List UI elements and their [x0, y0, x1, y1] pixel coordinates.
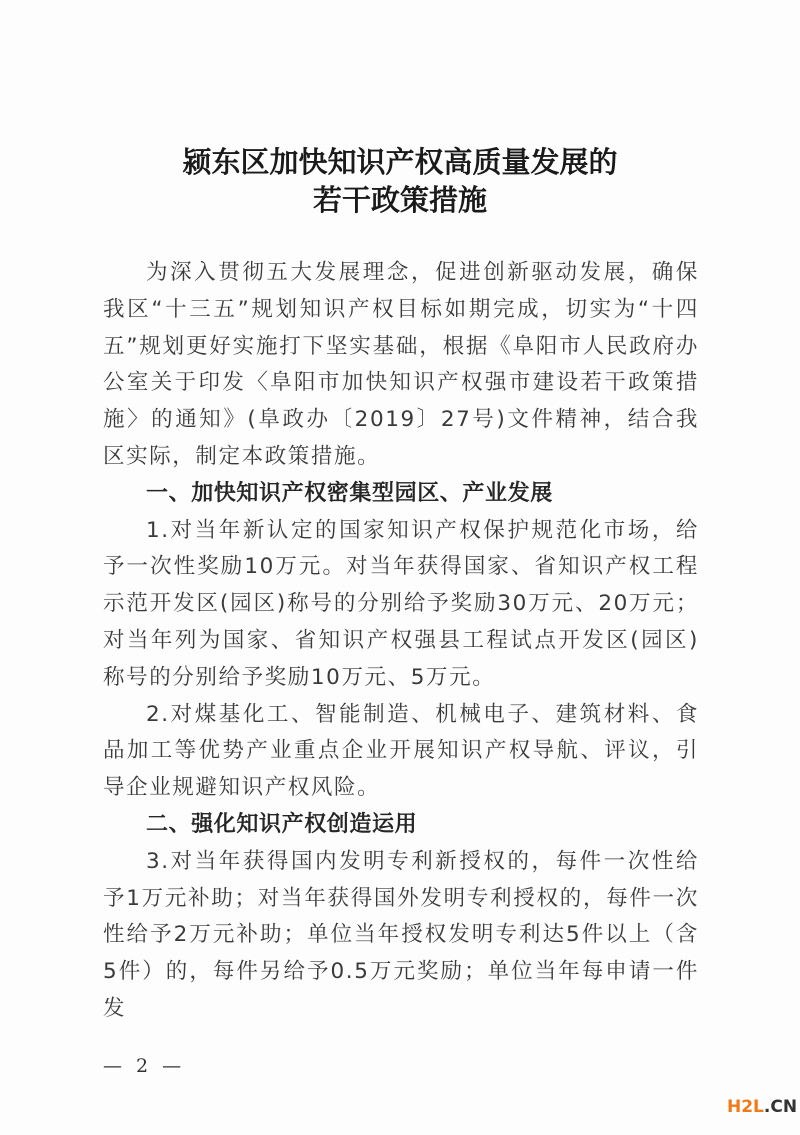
document-title-line-1: 颍东区加快知识产权高质量发展的	[0, 140, 800, 181]
intro-paragraph: 为深入贯彻五大发展理念，促进创新驱动发展，确保我区“十三五”规划知识产权目标如期…	[103, 255, 699, 476]
watermark-part-h2l: H2L	[727, 1097, 764, 1117]
section-heading-1: 一、加快知识产权密集型园区、产业发展	[103, 476, 699, 513]
watermark-part-cn: .CN	[764, 1097, 797, 1117]
clause-paragraph-1: 1.对当年新认定的国家知识产权保护规范化市场，给予一次性奖励10万元。对当年获得…	[103, 513, 699, 697]
page-number: — 2 —	[103, 1055, 185, 1077]
clause-paragraph-3: 3.对当年获得国内发明专利新授权的，每件一次性给予1万元补助；对当年获得国外发明…	[103, 844, 699, 1028]
site-watermark-logo: H2L.CN	[727, 1097, 797, 1117]
document-body: 为深入贯彻五大发展理念，促进创新驱动发展，确保我区“十三五”规划知识产权目标如期…	[103, 255, 699, 1028]
document-page: 颍东区加快知识产权高质量发展的 若干政策措施 为深入贯彻五大发展理念，促进创新驱…	[0, 0, 800, 1135]
section-heading-2: 二、强化知识产权创造运用	[103, 807, 699, 844]
document-title-line-2: 若干政策措施	[0, 178, 800, 219]
clause-paragraph-2: 2.对煤基化工、智能制造、机械电子、建筑材料、食品加工等优势产业重点企业开展知识…	[103, 697, 699, 807]
